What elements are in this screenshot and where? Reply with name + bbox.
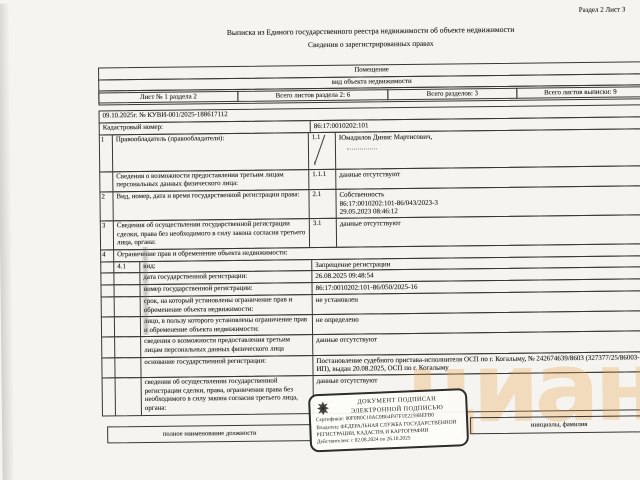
row-subnumber: 2.1 (308, 190, 335, 219)
ownership-registration-value: Собственность 86:17:0010202:101-86/043/2… (335, 186, 640, 218)
restriction-subnumber (114, 337, 140, 357)
table-row-rightholder: 1 Правообладатель (правообладатели): 1.1… (99, 128, 640, 172)
row-value: не установлен (312, 291, 640, 314)
document-title: Выписка из Единого государственного реес… (98, 23, 640, 38)
total-sections-cell: Всего разделов: 3 (387, 88, 517, 100)
row-value: данные отсутствуют (335, 166, 640, 189)
restriction-subnumber (114, 317, 140, 337)
row-number (103, 378, 115, 415)
restriction-subnumber (114, 285, 140, 296)
row-number (102, 358, 114, 378)
scanned-document-page: Раздел 2 Лист 3 Выписка из Единого госуд… (0, 0, 640, 480)
row-number: 2 (100, 192, 112, 220)
row-subnumber: 3.1 (309, 219, 336, 247)
row-label: Сведения о возможности предоставления тр… (112, 170, 308, 191)
row-number (102, 338, 114, 357)
signature-position-caption: полное наименование должности (163, 430, 257, 438)
rightholder-name: Юмадилов Динис Мартисович, (335, 129, 640, 169)
row-value: данные отсутствуют (312, 332, 640, 355)
row-number (100, 172, 112, 191)
row-label: срок, на который установлены ограничение… (140, 295, 312, 316)
restriction-subnumber (115, 378, 141, 415)
row-number: 1 (100, 135, 112, 171)
pen-checkmark (311, 133, 327, 167)
esign-stamp: ДОКУМЕНТ ПОДПИСАН ЭЛЕКТРОННОЙ ПОДПИСЬЮ С… (308, 388, 469, 452)
row-number: 4 (101, 250, 113, 261)
scan-edge-shadow (0, 4, 15, 480)
restriction-subnumber (114, 358, 140, 378)
row-label: сведения об осуществлении государственно… (141, 376, 313, 414)
coat-of-arms-icon (315, 400, 331, 416)
row-label: основание государственной регистрации: (140, 356, 312, 377)
restriction-subnumber (113, 273, 139, 284)
row-number (102, 317, 114, 336)
row-label: Сведения об осуществлении государственно… (113, 219, 309, 249)
paper-fold-artifact (141, 247, 150, 335)
signature-position-box: полное наименование должности (107, 424, 312, 443)
row-value: данные отсутствуют (336, 215, 640, 246)
row-value: не определено (312, 311, 640, 334)
signature-name-box: инициалы, фамилия (470, 415, 640, 434)
row-number (102, 285, 114, 296)
restriction-subnumber (114, 297, 140, 317)
row-subnumber: 1.1.1 (308, 169, 335, 189)
row-number (102, 297, 114, 316)
row-label: Вид, номер, дата и время государственной… (112, 190, 308, 220)
restriction-basis-value: Постановление судебного пристава-исполни… (312, 352, 640, 375)
row-number: 3 (101, 221, 113, 249)
document-subtitle: Сведения о зарегистрированных правах (98, 36, 640, 51)
signature-name-caption: инициалы, фамилия (531, 421, 587, 429)
sheets-in-section-cell: Всего листов раздела 2: 6 (237, 89, 388, 102)
row-label: номер государственной регистрации: (140, 283, 312, 296)
extract-table: Помещение вид объекта недвижимости Лист … (98, 62, 640, 416)
row-number (101, 262, 113, 273)
restriction-subnumber: 4.1 (113, 262, 139, 273)
row-label: лицо, в пользу которого установлены огра… (140, 315, 312, 336)
row-label: сведения о возможности предоставления тр… (140, 335, 312, 356)
row-number (101, 274, 113, 285)
row-label: дата государственной регистрации: (139, 271, 311, 284)
row-label: вид: (139, 260, 311, 273)
sheet-number-cell: Лист № 1 раздела 2 (98, 91, 238, 104)
row-label: Правообладатель (правообладатели): (112, 133, 308, 171)
section-sheet-label: Раздел 2 Лист 3 (579, 6, 626, 15)
total-sheets-cell: Всего листов выписки: 9 (516, 87, 640, 99)
